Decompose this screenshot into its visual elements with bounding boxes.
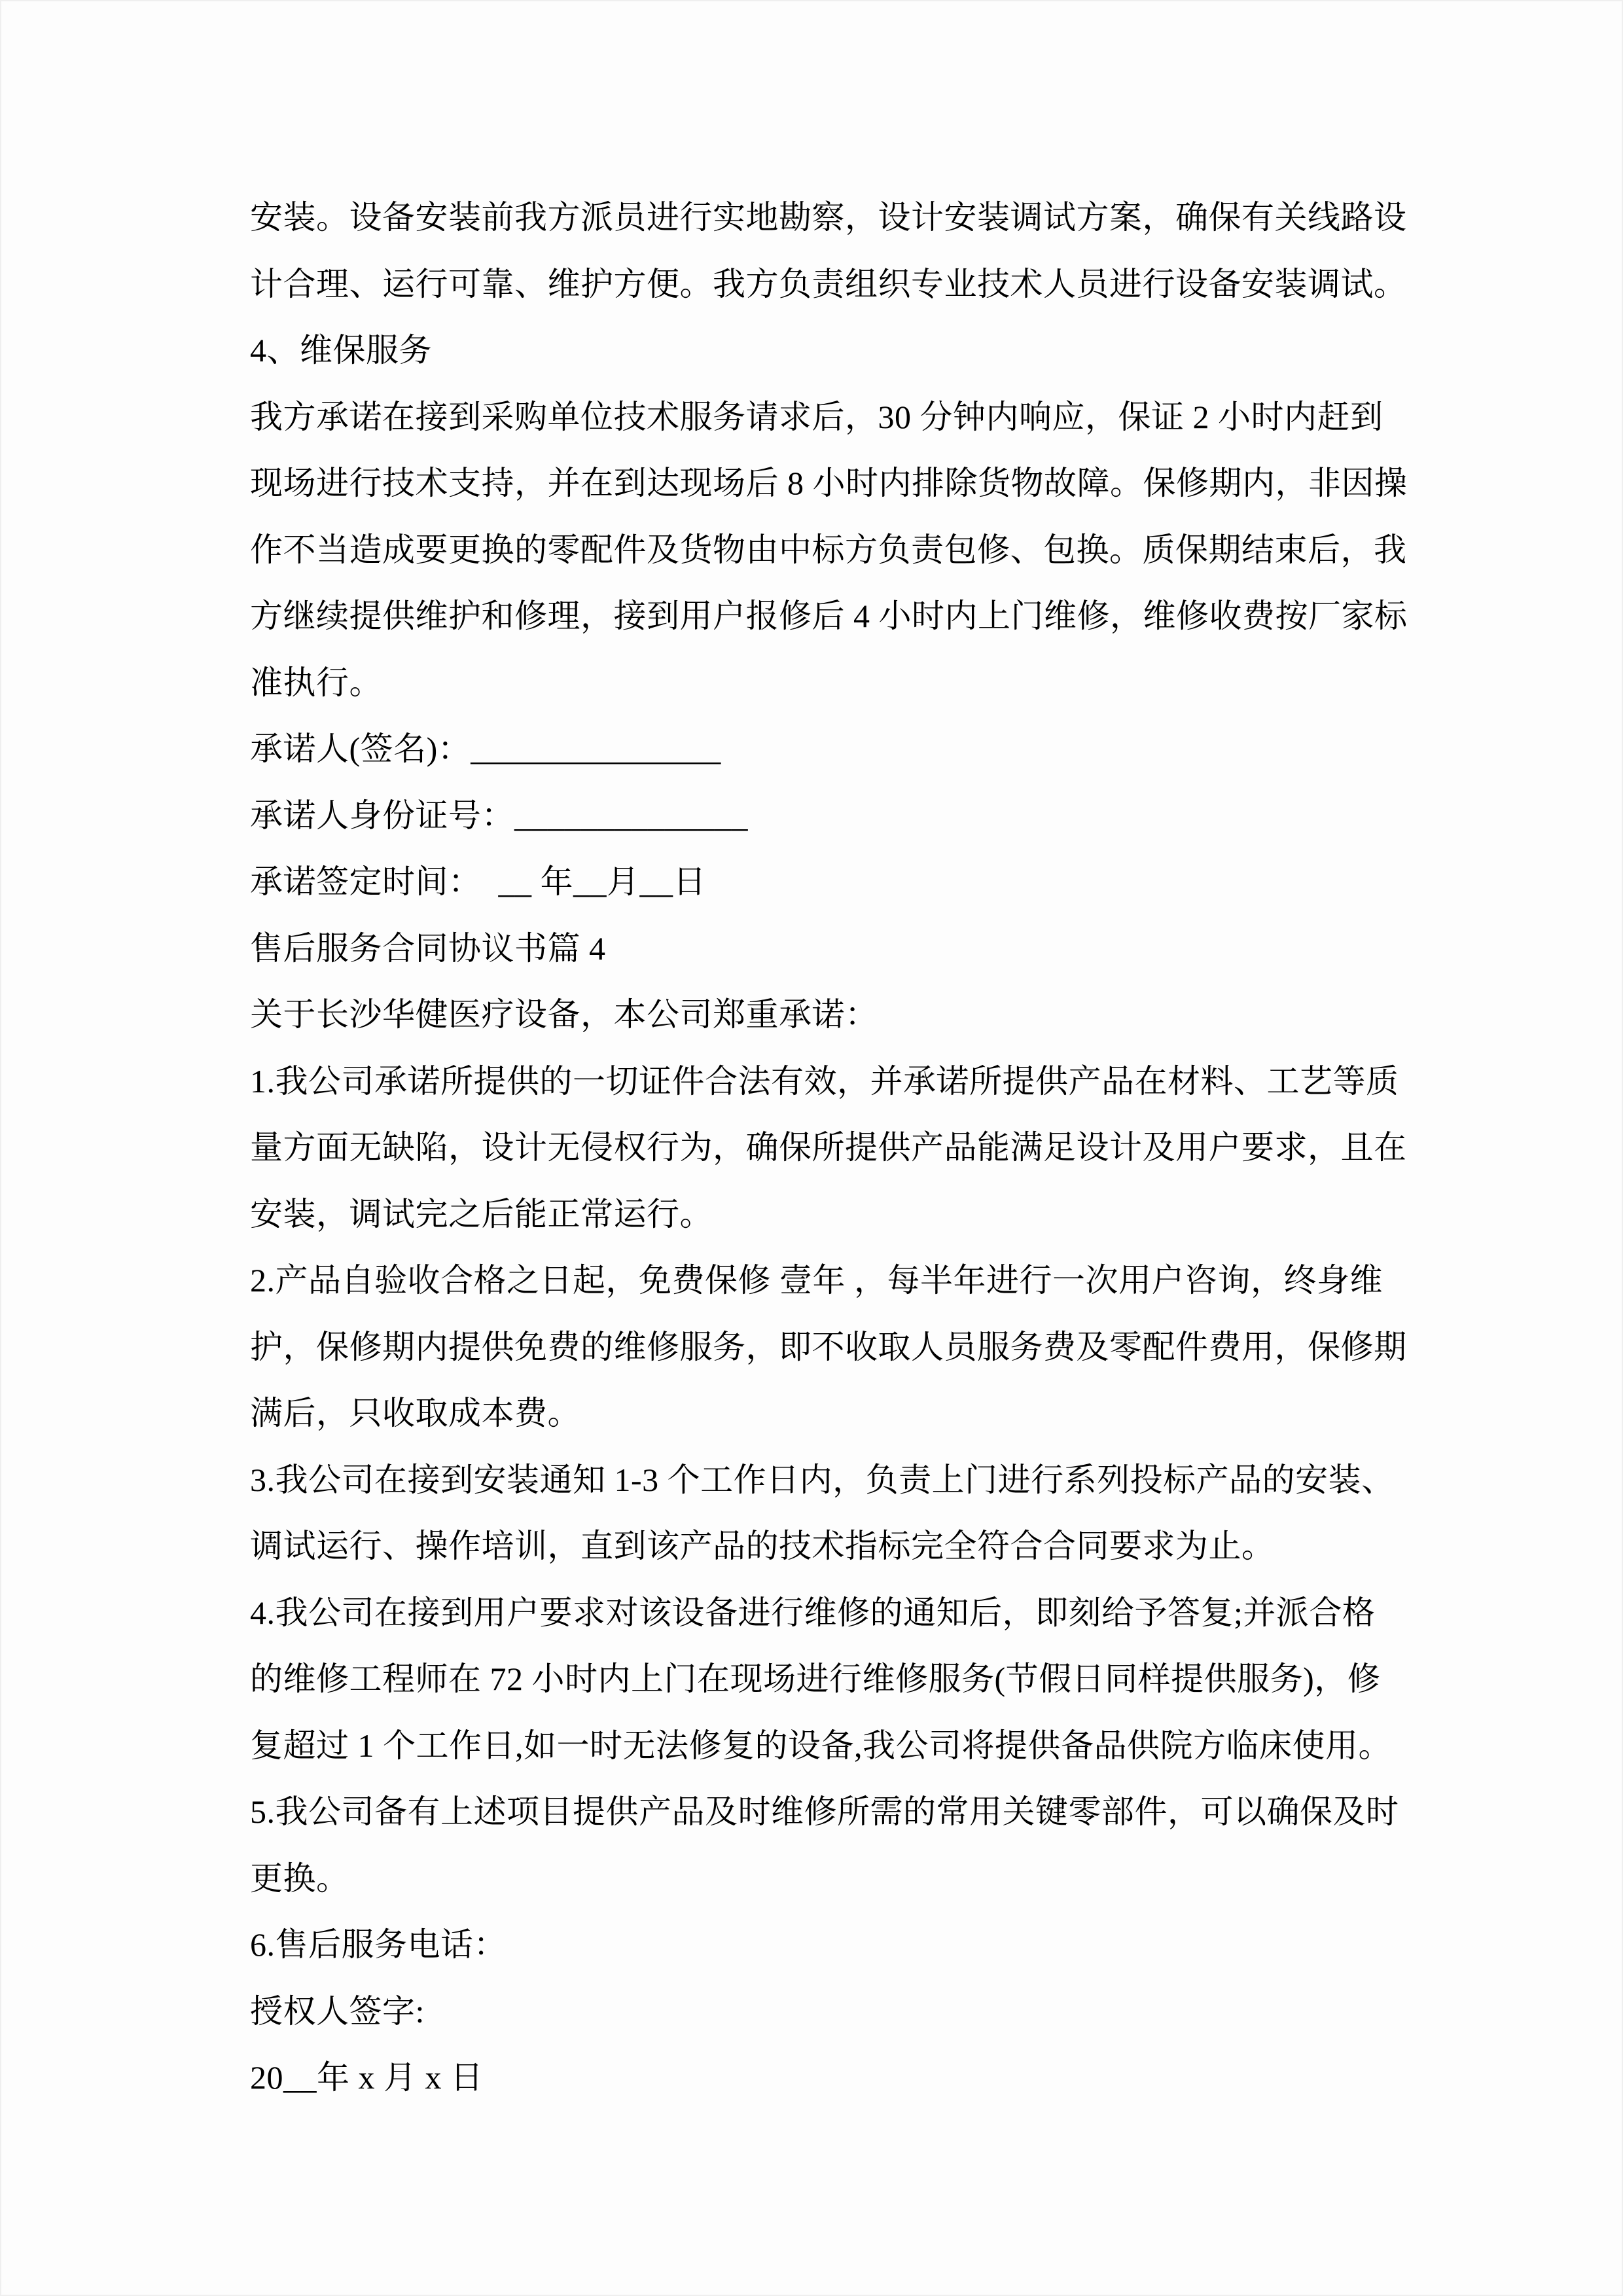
paragraph-line: 作不当造成要更换的零配件及货物由中标方负责包修、包换。质保期结束后，我 (250, 517, 1435, 584)
paragraph-line: 更换。 (250, 1846, 1435, 1912)
numbered-item-line: 1.我公司承诺所提供的一切证件合法有效，并承诺所提供产品在材料、工艺等质 (250, 1049, 1435, 1115)
date-line: 20__年 x 月 x 日 (250, 2045, 1435, 2111)
promisor-signature-line: 承诺人(签名)：_______________ (250, 716, 1435, 783)
paragraph-line: 安装。设备安装前我方派员进行实地勘察，设计安装调试方案，确保有关线路设 (250, 185, 1435, 251)
paragraph-line: 的维修工程师在 72 小时内上门在现场进行维修服务(节假日同样提供服务)，修 (250, 1646, 1435, 1713)
paragraph-line: 调试运行、操作培训，直到该产品的技术指标完全符合合同要求为止。 (250, 1513, 1435, 1580)
authorizer-signature-line: 授权人签字: (250, 1979, 1435, 2045)
paragraph-line: 准执行。 (250, 650, 1435, 717)
paragraph-line: 我方承诺在接到采购单位技术服务请求后，30 分钟内响应，保证 2 小时内赶到 (250, 384, 1435, 451)
numbered-item-line: 3.我公司在接到安装通知 1-3 个工作日内，负责上门进行系列投标产品的安装、 (250, 1447, 1435, 1514)
paragraph-line: 方继续提供维护和修理，接到用户报修后 4 小时内上门维修，维修收费按厂家标 (250, 583, 1435, 650)
commitment-date-line: 承诺签定时间： __ 年__月__日 (250, 849, 1435, 916)
paragraph-line: 复超过 1 个工作日,如一时无法修复的设备,我公司将提供备品供院方临床使用。 (250, 1713, 1435, 1780)
service-phone-line: 6.售后服务电话： (250, 1912, 1435, 1979)
numbered-item-line: 2.产品自验收合格之日起，免费保修 壹年 ，每半年进行一次用户咨询，终身维 (250, 1247, 1435, 1314)
paragraph-line: 关于长沙华健医疗设备，本公司郑重承诺： (250, 982, 1435, 1049)
paragraph-line: 满后，只收取成本费。 (250, 1380, 1435, 1447)
promisor-id-number-line: 承诺人身份证号：______________ (250, 783, 1435, 850)
paragraph-line: 护，保修期内提供免费的维修服务，即不收取人员服务费及零配件费用，保修期 (250, 1314, 1435, 1381)
paragraph-line: 计合理、运行可靠、维护方便。我方负责组织专业技术人员进行设备安装调试。 (250, 251, 1435, 318)
numbered-item-line: 4.我公司在接到用户要求对该设备进行维修的通知后，即刻给予答复;并派合格 (250, 1580, 1435, 1647)
paragraph-line: 现场进行技术支持，并在到达现场后 8 小时内排除货物故障。保修期内，非因操 (250, 450, 1435, 517)
document-page: 安装。设备安装前我方派员进行实地勘察，设计安装调试方案，确保有关线路设 计合理、… (0, 0, 1623, 2296)
document-body: 安装。设备安装前我方派员进行实地勘察，设计安装调试方案，确保有关线路设 计合理、… (250, 185, 1435, 2111)
list-heading-maintenance-service: 4、维保服务 (250, 317, 1435, 384)
paragraph-line: 量方面无缺陷，设计无侵权行为，确保所提供产品能满足设计及用户要求，且在 (250, 1115, 1435, 1181)
numbered-item-line: 5.我公司备有上述项目提供产品及时维修所需的常用关键零部件，可以确保及时 (250, 1779, 1435, 1846)
paragraph-line: 安装，调试完之后能正常运行。 (250, 1181, 1435, 1248)
section-title: 售后服务合同协议书篇 4 (250, 916, 1435, 982)
